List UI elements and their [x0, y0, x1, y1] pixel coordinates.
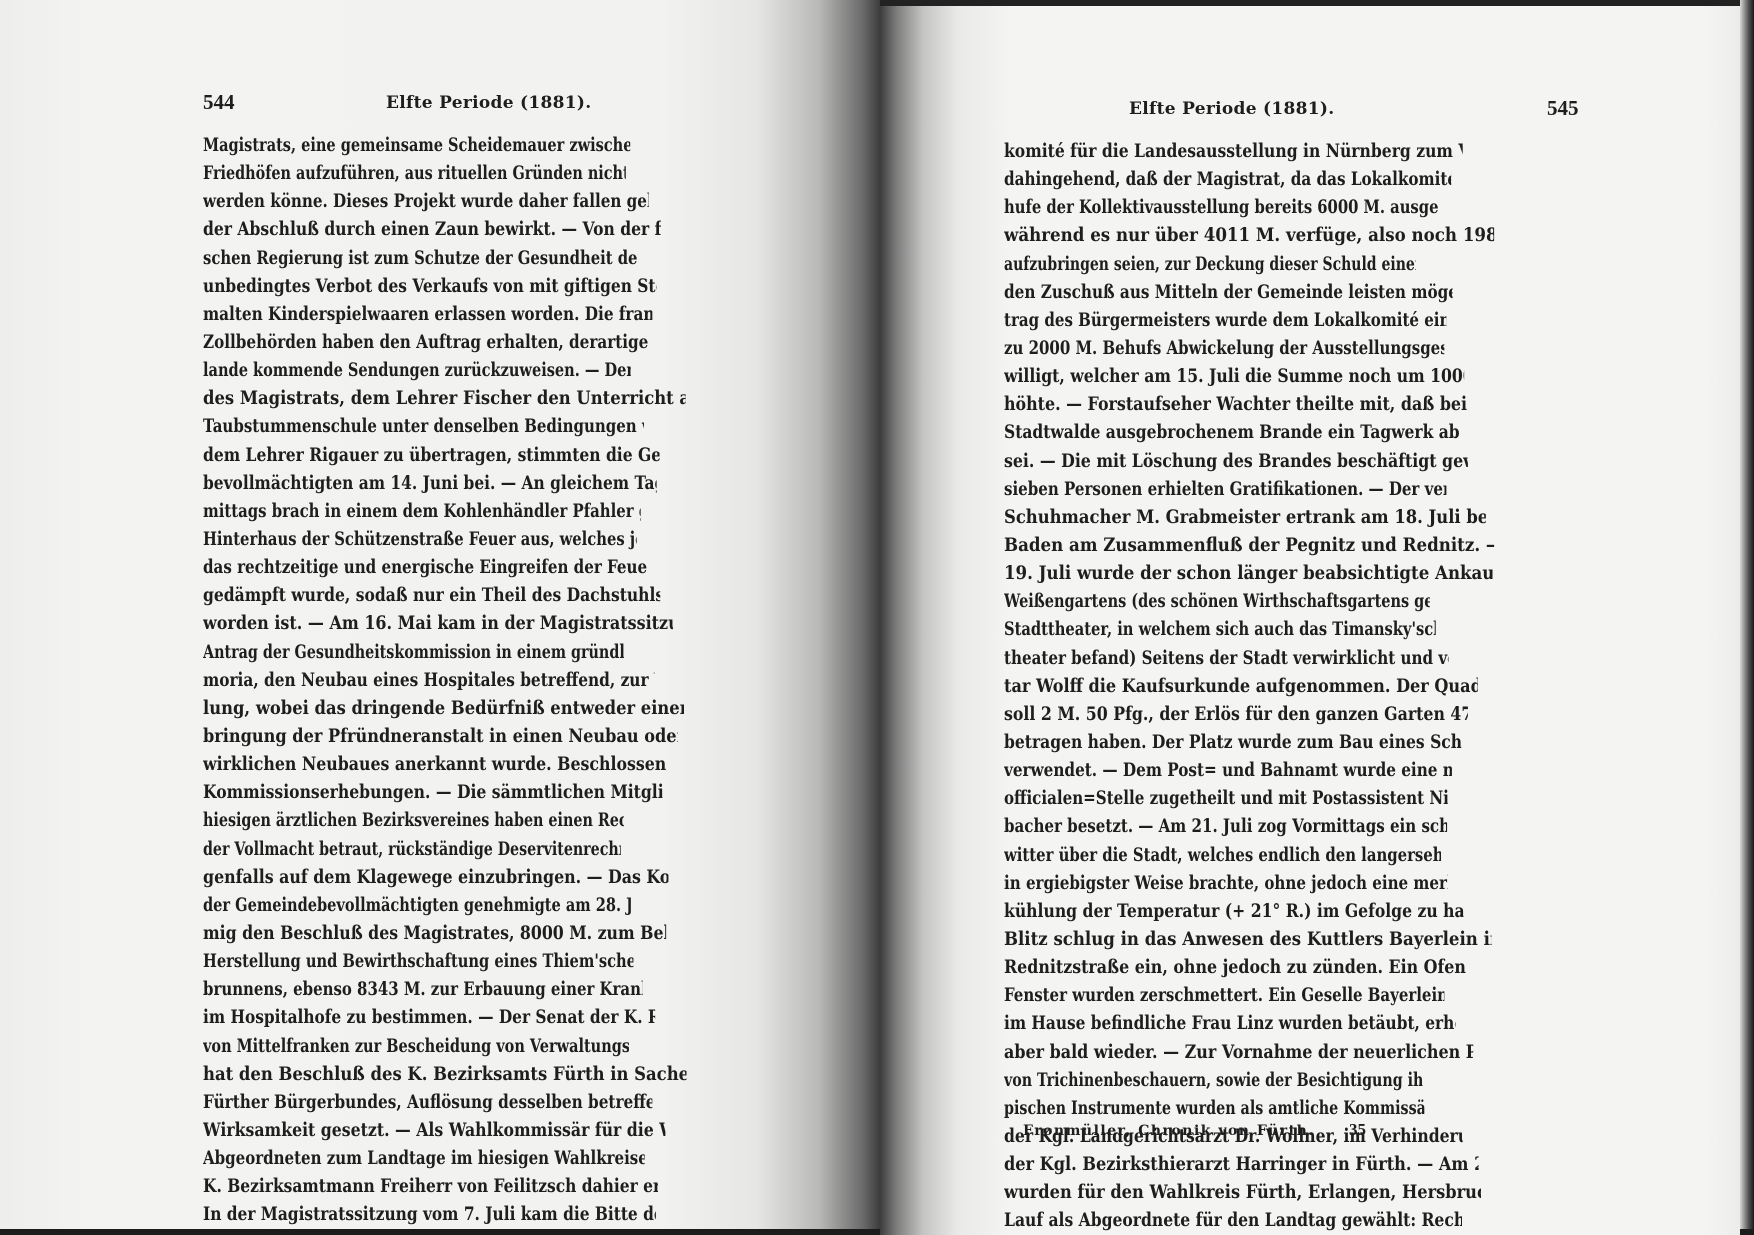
text-line: dem Lehrer Rigauer zu übertragen, stimmt…	[203, 442, 659, 470]
text-line: Magistrats, eine gemeinsame Scheidemauer…	[203, 132, 630, 160]
text-line: höhte. — Forstaufseher Wachter theilte m…	[1004, 391, 1471, 419]
text-line: der Kgl. Bezirksthierarzt Harringer in F…	[1004, 1151, 1479, 1179]
text-line: Herstellung und Bewirthschaftung eines T…	[203, 948, 633, 976]
text-line: trag des Bürgermeisters wurde dem Lokalk…	[1004, 307, 1446, 335]
text-line: den Zuschuß aus Mitteln der Gemeinde lei…	[1004, 279, 1453, 307]
text-line: brunnens, ebenso 8343 M. zur Erbauung ei…	[203, 976, 643, 1004]
running-head-right: Elfte Periode (1881).	[1129, 99, 1334, 119]
text-line: tar Wolff die Kaufsurkunde aufgenommen. …	[1004, 673, 1478, 701]
text-line: aber bald wieder. — Zur Vornahme der neu…	[1004, 1039, 1473, 1067]
text-line: kühlung der Temperatur (+ 21° R.) im Gef…	[1004, 898, 1463, 926]
text-line: willigt, welcher am 15. Juli die Summe n…	[1004, 363, 1464, 391]
text-line: der Vollmacht betraut, rückständige Dese…	[203, 836, 621, 864]
text-line: hufe der Kollektivausstellung bereits 60…	[1004, 194, 1438, 222]
book-spread: 544 Elfte Periode (1881). Magistrats, ei…	[0, 0, 1754, 1229]
right-page: Elfte Periode (1881). 545 komité für die…	[880, 0, 1740, 1229]
text-line: mig den Beschluß des Magistrates, 8000 M…	[203, 920, 666, 948]
text-line: malten Kinderspielwaaren erlassen worden…	[203, 301, 652, 329]
text-line: Kommissionserhebungen. — Die sämmtlichen…	[203, 779, 662, 807]
text-line: Antrag der Gesundheitskommission in eine…	[203, 639, 624, 667]
text-line: lande kommende Sendungen zurückzuweisen.…	[203, 357, 631, 385]
text-line: lung, wobei das dringende Bedürfniß entw…	[203, 695, 684, 723]
text-line: wurden für den Wahlkreis Fürth, Erlangen…	[1004, 1179, 1481, 1207]
text-line: Friedhöfen aufzuführen, aus rituellen Gr…	[203, 160, 626, 188]
text-line: In der Magistratssitzung vom 7. Juli kam…	[203, 1201, 656, 1229]
text-line: Baden am Zusammenfluß der Pegnitz und Re…	[1004, 532, 1494, 560]
text-line: Zollbehörden haben den Auftrag erhalten,…	[203, 329, 650, 357]
text-line: Wirksamkeit gesetzt. — Als Wahlkommissär…	[203, 1117, 665, 1145]
footer-signature: 35	[1349, 1120, 1366, 1140]
text-line: zu 2000 M. Behufs Abwickelung der Ausste…	[1004, 335, 1444, 363]
text-line: mittags brach in einem dem Kohlenhändler…	[203, 498, 641, 526]
text-line: Fürther Bürgerbundes, Auflösung desselbe…	[203, 1089, 652, 1117]
text-line: bacher besetzt. — Am 21. Juli zog Vormit…	[1004, 813, 1447, 841]
text-line: Rednitzstraße ein, ohne jedoch zu zünden…	[1004, 954, 1470, 982]
text-line: sei. — Die mit Löschung des Brandes besc…	[1004, 448, 1468, 476]
text-line: moria, den Neubau eines Hospitales betre…	[203, 667, 654, 695]
text-line: des Magistrats, dem Lehrer Fischer den U…	[203, 385, 686, 413]
page-number-left: 544	[203, 90, 235, 115]
text-line: genfalls auf dem Klagewege einzubringen.…	[203, 864, 668, 892]
text-line: K. Bezirksamtmann Freiherr von Feilitzsc…	[203, 1173, 658, 1201]
text-line: witter über die Stadt, welches endlich d…	[1004, 842, 1441, 870]
text-line: der Abschluß durch einen Zaun bewirkt. —…	[203, 216, 661, 244]
text-line: worden ist. — Am 16. Mai kam in der Magi…	[203, 610, 673, 638]
text-line: dahingehend, daß der Magistrat, da das L…	[1004, 166, 1451, 194]
text-line: aufzubringen seien, zur Deckung dieser S…	[1004, 251, 1416, 279]
text-line: betragen haben. Der Platz wurde zum Bau …	[1004, 729, 1461, 757]
text-line: theater befand) Seitens der Stadt verwir…	[1004, 645, 1448, 673]
left-page: 544 Elfte Periode (1881). Magistrats, ei…	[0, 0, 880, 1229]
text-line: officialen=Stelle zugetheilt und mit Pos…	[1004, 785, 1448, 813]
text-line: Weißengartens (des schönen Wirthschaftsg…	[1004, 588, 1430, 616]
running-head-left: Elfte Periode (1881).	[386, 93, 591, 113]
text-line: von Trichinenbeschauern, sowie der Besic…	[1004, 1067, 1422, 1095]
text-line: Abgeordneten zum Landtage im hiesigen Wa…	[203, 1145, 645, 1173]
footer-author-title: Fronmüller, Chronik von Fürth.	[1023, 1123, 1315, 1139]
body-text-left: Magistrats, eine gemeinsame Scheidemauer…	[203, 132, 738, 1229]
text-line: unbedingtes Verbot des Verkaufs von mit …	[203, 273, 657, 301]
text-line: hiesigen ärztlichen Bezirksvereines habe…	[203, 807, 624, 835]
text-line: in ergiebigster Weise brachte, ohne jedo…	[1004, 870, 1448, 898]
text-line: im Hause befindliche Frau Linz wurden be…	[1004, 1010, 1455, 1038]
text-line: sieben Personen erhielten Gratifikatione…	[1004, 476, 1446, 504]
body-text-right: komité für die Landesausstellung in Nürn…	[1004, 138, 1539, 1229]
text-line: von Mittelfranken zur Bescheidung von Ve…	[203, 1033, 629, 1061]
text-line: im Hospitalhofe zu bestimmen. — Der Sena…	[203, 1004, 655, 1032]
text-line: bringung der Pfründneranstalt in einen N…	[203, 723, 678, 751]
page-number-right: 545	[1547, 96, 1579, 121]
text-line: Schuhmacher M. Grabmeister ertrank am 18…	[1004, 504, 1486, 532]
text-line: komité für die Landesausstellung in Nürn…	[1004, 138, 1463, 166]
text-line: Fenster wurden zerschmettert. Ein Gesell…	[1004, 982, 1444, 1010]
text-line: bevollmächtigten am 14. Juni bei. — An g…	[203, 470, 657, 498]
text-line: Stadtwalde ausgebrochenem Brande ein Tag…	[1004, 419, 1460, 447]
text-line: das rechtzeitige und energische Eingreif…	[203, 554, 647, 582]
text-line: der Gemeindebevollmächtigten genehmigte …	[203, 892, 631, 920]
text-line: soll 2 M. 50 Pfg., der Erlös für den gan…	[1004, 701, 1468, 729]
text-line: Lauf als Abgeordnete für den Landtag gew…	[1004, 1207, 1462, 1229]
text-line: hat den Beschluß des K. Bezirksamts Fürt…	[203, 1061, 686, 1089]
text-line: Hinterhaus der Schützenstraße Feuer aus,…	[203, 526, 637, 554]
text-line: während es nur über 4011 M. verfüge, als…	[1004, 222, 1494, 250]
text-line: wirklichen Neubaues anerkannt wurde. Bes…	[203, 751, 667, 779]
text-line: Stadttheater, in welchem sich auch das T…	[1004, 616, 1436, 644]
book-edge	[1740, 0, 1754, 1229]
text-line: schen Regierung ist zum Schutze der Gesu…	[203, 245, 638, 273]
text-line: 19. Juli wurde der schon länger beabsich…	[1004, 560, 1492, 588]
text-line: verwendet. — Dem Post= und Bahnamt wurde…	[1004, 757, 1452, 785]
text-line: pischen Instrumente wurden als amtliche …	[1004, 1095, 1424, 1123]
text-line: gedämpft wurde, sodaß nur ein Theil des …	[203, 582, 660, 610]
text-line: Blitz schlug in das Anwesen des Kuttlers…	[1004, 926, 1492, 954]
text-line: Taubstummenschule unter denselben Beding…	[203, 413, 644, 441]
text-line: werden könne. Dieses Projekt wurde daher…	[203, 188, 649, 216]
